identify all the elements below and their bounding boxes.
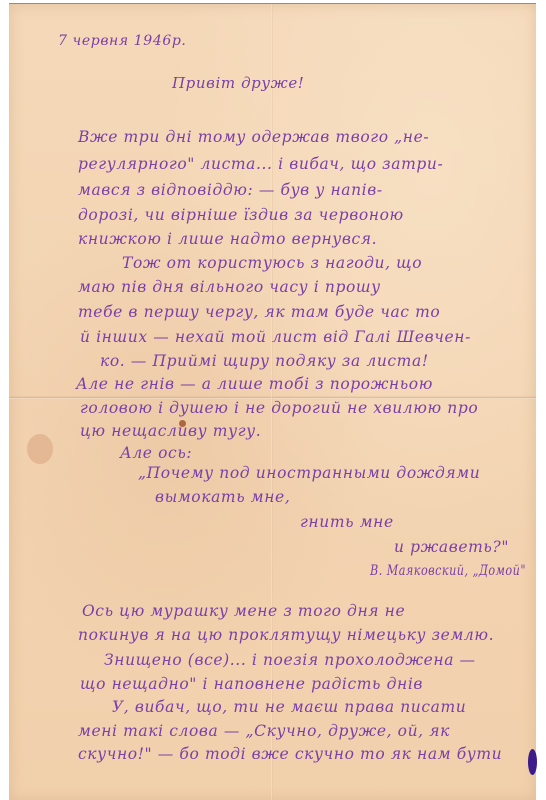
text-line: книжкою і лише надто вернувся. [78,232,377,248]
text-line: Тож от користуюсь з нагоди, що [122,256,422,272]
quote-line: „Почему под иностранными дождями [138,466,480,482]
quote-line: и ржаветь?" [394,540,509,556]
text-line: мені такі слова — „Скучно, друже, ой, як [78,724,450,740]
text-line: мався з відповіддю: — був у напів- [78,183,383,199]
quote-line: гнить мне [300,515,394,531]
text-line: що нещадно" і наповнене радість днів [80,677,423,693]
text-line: Ось цю мурашку мене з того дня не [82,604,405,620]
text-line: дорозі, чи вірніше їздив за червоною [78,208,404,224]
text-line: Але ось: [120,446,192,462]
text-line: маю пів дня вільного часу і прошу [78,280,381,296]
ink-blot [528,749,537,775]
text-line: Вже три дні тому одержав твого „не- [78,130,429,146]
quote-attribution: В. Маяковский, „Домой" [370,564,526,578]
paper-stain [27,434,53,464]
letter-greeting: Привіт друже! [172,76,304,91]
text-line: Знищено (все)... і поезія прохолоджена — [104,653,476,669]
text-line: Але не гнів — а лише тобі з порожньою [76,377,433,393]
text-line: регулярного" листа... і вибач, що затри- [78,157,443,173]
text-line: цю нещасливу тугу. [80,424,261,440]
quote-line: вымокать мне, [155,490,290,506]
text-line: тебе в першу чергу, як там буде час то [78,305,440,321]
text-line: й інших — нехай той лист від Галі Шевчен… [80,330,471,346]
text-line: скучно!" — бо тоді вже скучно то як нам … [78,747,502,763]
text-line: ко. — Приймі щиру подяку за листа! [100,354,429,370]
text-line: головою і душею і не дорогий не хвилюю п… [80,401,478,417]
letter-date: 7 червня 1946р. [58,34,186,48]
text-line: покинув я на цю проклятущу німецьку земл… [78,628,494,644]
text-line: У, вибач, що, ти не маєш права писати [112,700,466,716]
